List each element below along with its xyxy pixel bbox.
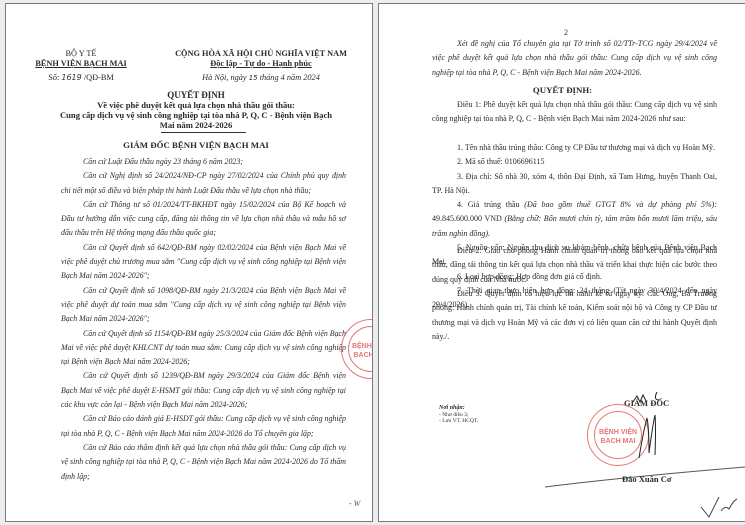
legal-basis-text: Căn cứ Quyết định số 1098/QĐ-BM ngày 21/… xyxy=(61,286,346,324)
legal-basis-text: Căn cứ Quyết định số 1239/QĐ-BM ngày 29/… xyxy=(61,371,346,409)
article-1-item: 2. Mã số thuế: 0106696115 xyxy=(432,155,717,169)
article-1-item-price: 4. Giá trúng thầu (Đã bao gồm thuế GTGT … xyxy=(432,198,717,241)
article-1-text: Điều 1: Phê duyệt kết quả lựa chọn nhà t… xyxy=(432,100,717,123)
number-prefix: Số: xyxy=(48,73,59,82)
legal-basis-text: Căn cứ Báo cáo đánh giá E-HSDT gói thầu:… xyxy=(61,414,346,437)
legal-basis-text: Căn cứ Thông tư số 01/2024/TT-BKHĐT ngày… xyxy=(61,200,346,238)
page-number: 2 xyxy=(564,28,568,37)
legal-basis-item: Căn cứ Quyết định số 1239/QĐ-BM ngày 29/… xyxy=(61,369,346,412)
article-1-item: 3. Địa chỉ: Số nhà 30, xóm 4, thôn Đại Đ… xyxy=(432,170,717,199)
price-amount: 49.845.600.000 VND xyxy=(432,214,502,223)
issue-date: Hà Nội, ngày 15 tháng 4 năm 2024 xyxy=(156,73,366,83)
motto-text: Độc lập - Tự do - Hạnh phúc xyxy=(210,59,311,68)
price-note: (Đã bao gồm thuế GTGT 8% và dự phòng phí… xyxy=(524,200,717,209)
subject-line-2: Cung cấp dịch vụ vệ sinh công nghiệp tại… xyxy=(36,110,356,120)
title-rule xyxy=(161,132,246,133)
article-3-text: Điều 3: Quyết định có hiệu lực thi hành … xyxy=(432,289,717,341)
recipients-list: - Như điều 3;- Lưu VT, HCQT. xyxy=(439,412,478,425)
article-1-item-text: 1. Tên nhà thầu trúng thầu: Công ty CP Đ… xyxy=(457,143,715,152)
date-suffix: tháng 4 năm 2024 xyxy=(260,73,320,82)
legal-basis-text: Căn cứ Luật Đấu thầu ngày 23 tháng 6 năm… xyxy=(83,157,243,166)
recipients-block: Nơi nhận: - Như điều 3;- Lưu VT, HCQT. xyxy=(439,405,478,425)
article-2-text: Điều 2: Giao cho phòng Hành chính quản t… xyxy=(432,246,717,284)
legal-basis-text: Căn cứ Nghị định số 24/2024/NĐ-CP ngày 2… xyxy=(61,171,346,194)
signer-name: Đào Xuân Cơ xyxy=(622,474,672,484)
article-1-item-text: 2. Mã số thuế: 0106696115 xyxy=(457,157,544,166)
legal-basis-item: Căn cứ Báo cáo thẩm định kết quả lựa chọ… xyxy=(61,441,346,484)
document-title: QUYẾT ĐỊNH xyxy=(36,90,356,100)
article-2: Điều 2: Giao cho phòng Hành chính quản t… xyxy=(432,244,717,287)
country-name: CỘNG HÒA XÃ HỘI CHỦ NGHĨA VIỆT NAM xyxy=(156,49,366,59)
document-page-2: 2 Xét đề nghị của Tổ chuyên gia tại Tờ t… xyxy=(378,3,745,522)
subject-line-3: Mai năm 2024-2026 xyxy=(36,120,356,130)
check-mark xyxy=(699,489,744,522)
recipient-item: - Lưu VT, HCQT. xyxy=(439,418,478,425)
stamp-line-1: BỆNH VIỆN xyxy=(342,342,373,351)
legal-bases: Căn cứ Luật Đấu thầu ngày 23 tháng 6 năm… xyxy=(61,155,346,484)
legal-basis-item: Căn cứ Thông tư số 01/2024/TT-BKHĐT ngày… xyxy=(61,198,346,241)
legal-basis-item: Căn cứ Quyết định số 1154/QĐ-BM ngày 25/… xyxy=(61,327,346,370)
price-label: 4. Giá trúng thầu xyxy=(457,200,520,209)
decision-heading: QUYẾT ĐỊNH: xyxy=(379,85,745,95)
legal-basis-text: Căn cứ Quyết định số 642/QĐ-BM ngày 02/0… xyxy=(61,243,346,281)
document-page-1: BỘ Y TẾ BỆNH VIỆN BẠCH MAI Số: 1619 /QĐ-… xyxy=(5,3,373,522)
stamp-text: BỆNH VIỆN BẠCH MAI xyxy=(342,342,373,360)
legal-basis-item: Căn cứ Nghị định số 24/2024/NĐ-CP ngày 2… xyxy=(61,169,346,198)
decision-number: Số: 1619 /QĐ-BM xyxy=(6,73,156,83)
legal-basis-item: Căn cứ Luật Đấu thầu ngày 23 tháng 6 năm… xyxy=(61,155,346,169)
article-1-item: 1. Tên nhà thầu trúng thầu: Công ty CP Đ… xyxy=(432,141,717,155)
consideration-text: Xét đề nghị của Tổ chuyên gia tại Tờ trì… xyxy=(432,39,717,77)
consideration-paragraph: Xét đề nghị của Tổ chuyên gia tại Tờ trì… xyxy=(432,37,717,80)
authority-heading: GIÁM ĐỐC BỆNH VIỆN BẠCH MAI xyxy=(36,140,356,150)
ministry-name: BỘ Y TẾ xyxy=(6,49,156,59)
handwritten-number: 1619 xyxy=(61,73,81,82)
legal-basis-item: Căn cứ Quyết định số 642/QĐ-BM ngày 02/0… xyxy=(61,241,346,284)
article-3: Điều 3: Quyết định có hiệu lực thi hành … xyxy=(432,287,717,344)
legal-basis-item: Căn cứ Báo cáo đánh giá E-HSDT gói thầu:… xyxy=(61,412,346,441)
national-motto: Độc lập - Tự do - Hạnh phúc xyxy=(156,59,366,69)
subject-line-1: Về việc phê duyệt kết quả lựa chọn nhà t… xyxy=(36,100,356,110)
initials-mark: - W xyxy=(349,499,360,508)
date-prefix: Hà Nội, ngày xyxy=(202,73,246,82)
number-suffix: /QĐ-BM xyxy=(84,73,114,82)
legal-basis-text: Căn cứ Quyết định số 1154/QĐ-BM ngày 25/… xyxy=(61,329,346,367)
hospital-name: BỆNH VIỆN BẠCH MAI xyxy=(6,59,156,69)
article-1-item-text: 3. Địa chỉ: Số nhà 30, xóm 4, thôn Đại Đ… xyxy=(432,172,717,195)
legal-basis-item: Căn cứ Quyết định số 1098/QĐ-BM ngày 21/… xyxy=(61,284,346,327)
legal-basis-text: Căn cứ Báo cáo thẩm định kết quả lựa chọ… xyxy=(61,443,346,481)
stamp-line-2: BẠCH MAI xyxy=(342,351,373,360)
handwritten-day: 15 xyxy=(249,74,258,82)
article-1: Điều 1: Phê duyệt kết quả lựa chọn nhà t… xyxy=(432,98,717,127)
